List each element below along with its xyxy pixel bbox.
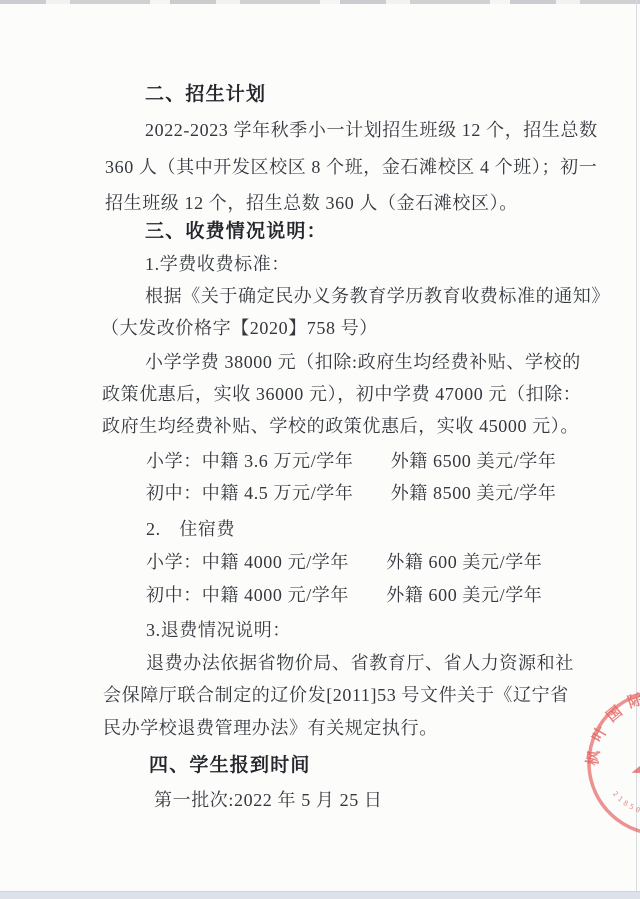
text-line: （大发改价格字【2020】758 号）	[101, 317, 378, 339]
text-line: 政策优惠后，实收 36000 元），初中学费 47000 元（扣除：	[102, 383, 581, 405]
text-line: 2022-2023 学年秋季小一计划招生班级 12 个，招生总数	[145, 119, 598, 141]
text-line: 2. 住宿费	[146, 518, 235, 540]
stamp-serial-number: 21850047	[610, 780, 640, 829]
text-line: 第一批次:2022 年 5 月 25 日	[154, 789, 383, 811]
stamp-arc-text: 枫叶国际学校	[569, 675, 640, 771]
text-line: 退费办法依据省物价局、省教育厅、省人力资源和社	[146, 652, 574, 674]
scan-edge-artifact	[0, 0, 640, 4]
text-line: 政府生均经费补贴、学校的政策优惠后，实收 45000 元）。	[102, 415, 579, 437]
text-line: 会保障厅联合制定的辽价发[2011]53 号文件关于《辽宁省	[103, 684, 569, 706]
text-line: 招生班级 12 个，招生总数 360 人（金石滩校区）。	[105, 192, 518, 214]
text-line: 1.学费收费标准：	[145, 253, 290, 275]
heading-registration-time: 四、学生报到时间	[149, 755, 311, 777]
text-line: 民办学校退费管理办法》有关规定执行。	[103, 717, 438, 739]
star-icon	[622, 728, 640, 800]
text-line: 初中：中籍 4000 元/学年 外籍 600 美元/学年	[146, 584, 542, 606]
heading-fee-information: 三、收费情况说明：	[145, 221, 327, 243]
heading-enrollment-plan: 二、招生计划	[145, 84, 266, 106]
text-line: 3.退费情况说明：	[146, 619, 291, 641]
page-bottom-edge	[0, 891, 640, 899]
text-line: 360 人（其中开发区校区 8 个班，金石滩校区 4 个班）；初一	[105, 156, 597, 178]
text-line: 小学：中籍 4000 元/学年 外籍 600 美元/学年	[146, 551, 542, 573]
text-line: 根据《关于确定民办义务教育学历教育收费标准的通知》	[145, 285, 610, 307]
official-seal-stamp: 枫叶国际学校 21850047	[557, 660, 640, 866]
scanned-document-page: { "page": { "background_color": "#fcfcfb…	[0, 0, 640, 899]
text-line: 小学学费 38000 元（扣除:政府生均经费补贴、学校的	[145, 351, 581, 373]
text-line: 小学：中籍 3.6 万元/学年 外籍 6500 美元/学年	[146, 450, 557, 472]
text-line: 初中：中籍 4.5 万元/学年 外籍 8500 美元/学年	[146, 482, 557, 504]
